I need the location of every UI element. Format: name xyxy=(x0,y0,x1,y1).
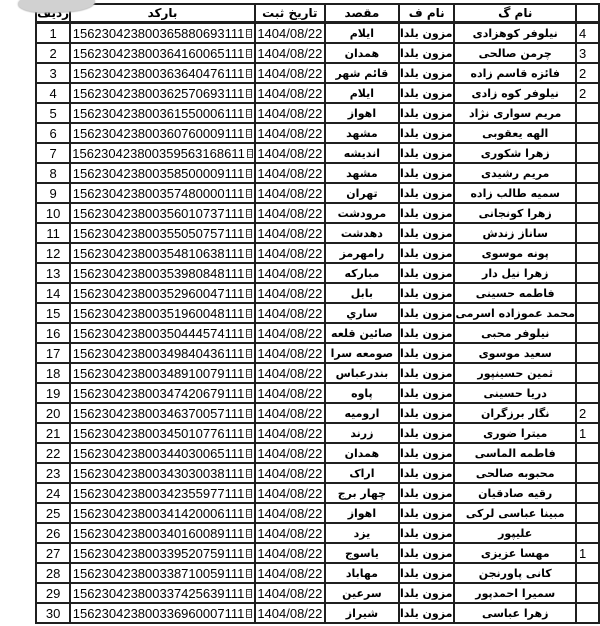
cell-name-f: مزون یلدا xyxy=(399,383,454,403)
cell-row-number: 26 xyxy=(36,523,70,543)
cell-clipped: 4 xyxy=(576,23,599,44)
cell-clipped xyxy=(576,123,599,143)
cell-barcode: 156230423800357480000111 xyxy=(70,183,255,203)
cell-row-number: 2 xyxy=(36,43,70,63)
barcode-digits: 156230423800345010776111 xyxy=(73,426,245,441)
table-row: 5 156230423800361550006111 1404/08/22 اه… xyxy=(36,103,599,123)
table-row: 24 156230423800342355977111 1404/08/22 چ… xyxy=(36,483,599,503)
cell-register-date: 1404/08/22 xyxy=(255,543,325,563)
cell-row-number: 16 xyxy=(36,323,70,343)
missing-glyph-box-icon xyxy=(246,609,252,618)
cell-destination: مهاباد xyxy=(325,563,399,583)
cell-name-f: مزون یلدا xyxy=(399,203,454,223)
cell-destination: بندرعباس xyxy=(325,363,399,383)
cell-name-f: مزون یلدا xyxy=(399,323,454,343)
barcode-digits: 156230423800344030065111 xyxy=(73,446,245,461)
cell-name-g: نگار برزگران xyxy=(454,403,576,423)
cell-barcode: 156230423800356010737111 xyxy=(70,203,255,223)
cell-name-f: مزون یلدا xyxy=(399,423,454,443)
cell-clipped: 2 xyxy=(576,63,599,83)
cell-destination: مبارکه xyxy=(325,263,399,283)
missing-glyph-box-icon xyxy=(246,589,252,598)
barcode-digits: 156230423800361550006111 xyxy=(73,106,245,121)
cell-destination: اراک xyxy=(325,463,399,483)
cell-barcode: 156230423800350444574111 xyxy=(70,323,255,343)
barcode-digits: 156230423800356010737111 xyxy=(73,206,245,221)
cell-clipped xyxy=(576,263,599,283)
table-row: 18 156230423800348910079111 1404/08/22 ب… xyxy=(36,363,599,383)
cell-barcode: 156230423800361550006111 xyxy=(70,103,255,123)
table-row: 28 156230423800338710059111 1404/08/22 م… xyxy=(36,563,599,583)
missing-glyph-box-icon xyxy=(246,209,252,218)
cell-clipped: 2 xyxy=(576,83,599,103)
table-row: 8 156230423800358500009111 1404/08/22 مش… xyxy=(36,163,599,183)
cell-row-number: 23 xyxy=(36,463,70,483)
cell-row-number: 8 xyxy=(36,163,70,183)
cell-destination: شیراز xyxy=(325,603,399,623)
cell-name-f: مزون یلدا xyxy=(399,583,454,603)
barcode-digits: 156230423800347420679111 xyxy=(73,386,245,401)
cell-row-number: 15 xyxy=(36,303,70,323)
missing-glyph-box-icon xyxy=(246,269,252,278)
cell-barcode: 156230423800347420679111 xyxy=(70,383,255,403)
cell-destination: همدان xyxy=(325,43,399,63)
barcode-digits: 156230423800354810638111 xyxy=(73,246,245,261)
cell-name-f: مزون یلدا xyxy=(399,243,454,263)
cell-register-date: 1404/08/22 xyxy=(255,603,325,623)
cell-name-g: سمیه طالب زاده xyxy=(454,183,576,203)
cell-barcode: 156230423800349840436111 xyxy=(70,343,255,363)
cell-barcode: 156230423800365880693111 xyxy=(70,23,255,44)
missing-glyph-box-icon xyxy=(246,389,252,398)
cell-barcode: 156230423800352960047111 xyxy=(70,283,255,303)
cell-name-f: مزون یلدا xyxy=(399,183,454,203)
cell-name-f: مزون یلدا xyxy=(399,283,454,303)
cell-name-f: مزون یلدا xyxy=(399,43,454,63)
cell-register-date: 1404/08/22 xyxy=(255,363,325,383)
cell-name-g: پونه موسوی xyxy=(454,243,576,263)
col-header-destination: مقصد xyxy=(325,4,399,23)
cell-name-g: کانی پاورنجن xyxy=(454,563,576,583)
cell-clipped xyxy=(576,483,599,503)
cell-name-f: مزون یلدا xyxy=(399,363,454,383)
cell-clipped: 1 xyxy=(576,543,599,563)
cell-name-f: مزون یلدا xyxy=(399,523,454,543)
cell-destination: همدان xyxy=(325,443,399,463)
cell-barcode: 156230423800364160065111 xyxy=(70,43,255,63)
table-row: 3 156230423800363640476111 1404/08/22 قا… xyxy=(36,63,599,83)
cell-name-f: مزون یلدا xyxy=(399,503,454,523)
cell-destination: پاوه xyxy=(325,383,399,403)
cell-name-f: مزون یلدا xyxy=(399,543,454,563)
cell-destination: تهران xyxy=(325,183,399,203)
cell-row-number: 30 xyxy=(36,603,70,623)
cell-name-g: زهرا شکوری xyxy=(454,143,576,163)
missing-glyph-box-icon xyxy=(246,409,252,418)
cell-barcode: 156230423800354810638111 xyxy=(70,243,255,263)
col-header-clipped xyxy=(576,4,599,23)
cell-clipped xyxy=(576,603,599,623)
table-row: 30 156230423800336960007111 1404/08/22 ش… xyxy=(36,603,599,623)
table-row: 19 156230423800347420679111 1404/08/22 پ… xyxy=(36,383,599,403)
cell-register-date: 1404/08/22 xyxy=(255,203,325,223)
cell-destination: صومعه سرا xyxy=(325,343,399,363)
cell-clipped xyxy=(576,243,599,263)
barcode-digits: 156230423800352960047111 xyxy=(73,286,245,301)
cell-register-date: 1404/08/22 xyxy=(255,103,325,123)
table-row: 7 156230423800359563168611 1404/08/22 ان… xyxy=(36,143,599,163)
cell-row-number: 6 xyxy=(36,123,70,143)
cell-clipped xyxy=(576,463,599,483)
cell-barcode: 156230423800344030065111 xyxy=(70,443,255,463)
cell-name-f: مزون یلدا xyxy=(399,143,454,163)
cell-name-f: مزون یلدا xyxy=(399,483,454,503)
missing-glyph-box-icon xyxy=(246,449,252,458)
barcode-digits: 156230423800362570693111 xyxy=(73,86,245,101)
cell-name-f: مزون یلدا xyxy=(399,443,454,463)
cell-register-date: 1404/08/22 xyxy=(255,343,325,363)
cell-name-g: فاطمه حسینی xyxy=(454,283,576,303)
barcode-digits: 156230423800365880693111 xyxy=(73,26,245,41)
cell-name-g: زهرا عباسی xyxy=(454,603,576,623)
cell-destination: اهواز xyxy=(325,503,399,523)
barcode-digits: 156230423800337425639111 xyxy=(73,586,245,601)
table-row: 10 156230423800356010737111 1404/08/22 م… xyxy=(36,203,599,223)
cell-register-date: 1404/08/22 xyxy=(255,563,325,583)
cell-register-date: 1404/08/22 xyxy=(255,263,325,283)
cell-barcode: 156230423800363640476111 xyxy=(70,63,255,83)
cell-clipped xyxy=(576,143,599,163)
missing-glyph-box-icon xyxy=(246,49,252,58)
missing-glyph-box-icon xyxy=(246,129,252,138)
cell-name-g: نیلوفر محبی xyxy=(454,323,576,343)
table-row: 27 156230423800339520759111 1404/08/22 ی… xyxy=(36,543,599,563)
cell-row-number: 22 xyxy=(36,443,70,463)
cell-row-number: 9 xyxy=(36,183,70,203)
barcode-digits: 156230423800338710059111 xyxy=(73,566,245,581)
cell-name-g: سعید موسوی xyxy=(454,343,576,363)
cell-name-f: مزون یلدا xyxy=(399,343,454,363)
cell-barcode: 156230423800359563168611 xyxy=(70,143,255,163)
cell-clipped: 3 xyxy=(576,43,599,63)
table-row: 25 156230423800341420006111 1404/08/22 ا… xyxy=(36,503,599,523)
cell-clipped xyxy=(576,183,599,203)
cell-register-date: 1404/08/22 xyxy=(255,423,325,443)
barcode-digits: 156230423800346370057111 xyxy=(73,406,245,421)
cell-register-date: 1404/08/22 xyxy=(255,503,325,523)
missing-glyph-box-icon xyxy=(246,429,252,438)
cell-row-number: 19 xyxy=(36,383,70,403)
table-row: 13 156230423800353980848111 1404/08/22 م… xyxy=(36,263,599,283)
missing-glyph-box-icon xyxy=(247,149,253,158)
cell-name-f: مزون یلدا xyxy=(399,23,454,44)
cell-name-g: مهسا عزیزی xyxy=(454,543,576,563)
cell-row-number: 14 xyxy=(36,283,70,303)
cell-destination: مرودشت xyxy=(325,203,399,223)
cell-name-f: مزون یلدا xyxy=(399,403,454,423)
cell-row-number: 21 xyxy=(36,423,70,443)
cell-row-number: 11 xyxy=(36,223,70,243)
cell-register-date: 1404/08/22 xyxy=(255,583,325,603)
cell-row-number: 29 xyxy=(36,583,70,603)
cell-name-f: مزون یلدا xyxy=(399,463,454,483)
barcode-digits: 156230423800343030038111 xyxy=(73,466,245,481)
cell-name-g: فائزه قاسم زاده xyxy=(454,63,576,83)
missing-glyph-box-icon xyxy=(246,489,252,498)
cell-register-date: 1404/08/22 xyxy=(255,23,325,44)
barcode-digits: 156230423800353980848111 xyxy=(73,266,245,281)
cell-clipped xyxy=(576,203,599,223)
table-row: 26 156230423800340160089111 1404/08/22 ی… xyxy=(36,523,599,543)
cell-name-g: علیپور xyxy=(454,523,576,543)
missing-glyph-box-icon xyxy=(246,249,252,258)
cell-name-g: دریا حسینی xyxy=(454,383,576,403)
cell-name-g: محبوبه صالحی xyxy=(454,463,576,483)
cell-barcode: 156230423800355050757111 xyxy=(70,223,255,243)
cell-row-number: 18 xyxy=(36,363,70,383)
cell-destination: اهواز xyxy=(325,103,399,123)
cell-name-f: مزون یلدا xyxy=(399,83,454,103)
cell-name-g: مبینا عباسی لرکی xyxy=(454,503,576,523)
cell-barcode: 156230423800360760009111 xyxy=(70,123,255,143)
cell-clipped xyxy=(576,323,599,343)
cell-name-g: ثمین حسینپور xyxy=(454,363,576,383)
cell-clipped xyxy=(576,443,599,463)
cell-row-number: 13 xyxy=(36,263,70,283)
barcode-digits: 156230423800341420006111 xyxy=(73,506,245,521)
cell-clipped xyxy=(576,563,599,583)
cell-barcode: 156230423800342355977111 xyxy=(70,483,255,503)
cell-destination: قائم شهر xyxy=(325,63,399,83)
barcode-digits: 156230423800349840436111 xyxy=(73,346,245,361)
cell-row-number: 27 xyxy=(36,543,70,563)
cell-row-number: 4 xyxy=(36,83,70,103)
report-page: ردیف بارکد تاریخ ثبت مقصد نام ف نام گ 1 … xyxy=(0,0,600,626)
cell-register-date: 1404/08/22 xyxy=(255,183,325,203)
cell-name-g: سمیرا احمدپور xyxy=(454,583,576,603)
cell-barcode: 156230423800362570693111 xyxy=(70,83,255,103)
cell-name-g: الهه یعقوبی xyxy=(454,123,576,143)
cell-register-date: 1404/08/22 xyxy=(255,463,325,483)
cell-destination: ایلام xyxy=(325,83,399,103)
cell-name-g: نیلوفر کوه زادی xyxy=(454,83,576,103)
cell-clipped xyxy=(576,223,599,243)
cell-name-f: مزون یلدا xyxy=(399,103,454,123)
cell-register-date: 1404/08/22 xyxy=(255,123,325,143)
missing-glyph-box-icon xyxy=(246,289,252,298)
cell-name-g: زهرا نیل دار xyxy=(454,263,576,283)
cell-destination: ایلام xyxy=(325,23,399,44)
cell-clipped xyxy=(576,343,599,363)
cell-row-number: 12 xyxy=(36,243,70,263)
cell-row-number: 5 xyxy=(36,103,70,123)
table-row: 9 156230423800357480000111 1404/08/22 ته… xyxy=(36,183,599,203)
cell-clipped xyxy=(576,163,599,183)
barcode-digits: 156230423800357480000111 xyxy=(73,186,245,201)
col-header-name-f: نام ف xyxy=(399,4,454,23)
cell-destination: صائین قلعه xyxy=(325,323,399,343)
cell-row-number: 3 xyxy=(36,63,70,83)
missing-glyph-box-icon xyxy=(246,109,252,118)
table-row: 11 156230423800355050757111 1404/08/22 د… xyxy=(36,223,599,243)
barcode-digits: 156230423800364160065111 xyxy=(73,46,245,61)
missing-glyph-box-icon xyxy=(246,189,252,198)
cell-row-number: 7 xyxy=(36,143,70,163)
cell-row-number: 20 xyxy=(36,403,70,423)
cell-name-g: ساناز زندش xyxy=(454,223,576,243)
missing-glyph-box-icon xyxy=(246,329,252,338)
table-row: 2 156230423800364160065111 1404/08/22 هم… xyxy=(36,43,599,63)
table-row: 6 156230423800360760009111 1404/08/22 مش… xyxy=(36,123,599,143)
cell-name-f: مزون یلدا xyxy=(399,223,454,243)
cell-row-number: 10 xyxy=(36,203,70,223)
cell-barcode: 156230423800358500009111 xyxy=(70,163,255,183)
missing-glyph-box-icon xyxy=(246,509,252,518)
header-row: ردیف بارکد تاریخ ثبت مقصد نام ف نام گ xyxy=(36,4,599,23)
cell-register-date: 1404/08/22 xyxy=(255,323,325,343)
cell-name-g: مریم سواری نژاد xyxy=(454,103,576,123)
cell-name-f: مزون یلدا xyxy=(399,303,454,323)
cell-destination: مشهد xyxy=(325,163,399,183)
cell-register-date: 1404/08/22 xyxy=(255,443,325,463)
cell-clipped: 1 xyxy=(576,423,599,443)
cell-name-f: مزون یلدا xyxy=(399,63,454,83)
cell-name-f: مزون یلدا xyxy=(399,123,454,143)
missing-glyph-box-icon xyxy=(246,349,252,358)
cell-name-f: مزون یلدا xyxy=(399,603,454,623)
missing-glyph-box-icon xyxy=(246,369,252,378)
cell-destination: یاسوج xyxy=(325,543,399,563)
barcode-digits: 156230423800363640476111 xyxy=(73,66,245,81)
cell-barcode: 156230423800348910079111 xyxy=(70,363,255,383)
missing-glyph-box-icon xyxy=(246,169,252,178)
barcode-digits: 156230423800336960007111 xyxy=(73,606,245,621)
col-header-name-g: نام گ xyxy=(454,4,576,23)
cell-register-date: 1404/08/22 xyxy=(255,63,325,83)
cell-register-date: 1404/08/22 xyxy=(255,403,325,423)
missing-glyph-box-icon xyxy=(246,69,252,78)
cell-barcode: 156230423800339520759111 xyxy=(70,543,255,563)
barcode-digits: 156230423800359563168611 xyxy=(72,146,245,161)
missing-glyph-box-icon xyxy=(246,229,252,238)
cell-row-number: 24 xyxy=(36,483,70,503)
cell-barcode: 156230423800337425639111 xyxy=(70,583,255,603)
table-row: 16 156230423800350444574111 1404/08/22 ص… xyxy=(36,323,599,343)
cell-clipped xyxy=(576,363,599,383)
cell-row-number: 28 xyxy=(36,563,70,583)
cell-name-g: محمد عموزاده اسرمی xyxy=(454,303,576,323)
missing-glyph-box-icon xyxy=(246,549,252,558)
cell-name-f: مزون یلدا xyxy=(399,163,454,183)
cell-row-number: 1 xyxy=(36,23,70,44)
barcode-digits: 156230423800351960048111 xyxy=(73,306,245,321)
table-row: 17 156230423800349840436111 1404/08/22 ص… xyxy=(36,343,599,363)
cell-name-g: رقیه صادقیان xyxy=(454,483,576,503)
barcode-digits: 156230423800348910079111 xyxy=(73,366,245,381)
cell-register-date: 1404/08/22 xyxy=(255,483,325,503)
cell-destination: دهدشت xyxy=(325,223,399,243)
cell-name-f: مزون یلدا xyxy=(399,563,454,583)
cell-register-date: 1404/08/22 xyxy=(255,163,325,183)
missing-glyph-box-icon xyxy=(246,469,252,478)
cell-barcode: 156230423800345010776111 xyxy=(70,423,255,443)
cell-destination: چهار برج xyxy=(325,483,399,503)
missing-glyph-box-icon xyxy=(246,569,252,578)
cell-destination: ساري xyxy=(325,303,399,323)
col-header-barcode: بارکد xyxy=(70,4,255,23)
cell-register-date: 1404/08/22 xyxy=(255,243,325,263)
cell-destination: ارومیه xyxy=(325,403,399,423)
cell-register-date: 1404/08/22 xyxy=(255,83,325,103)
cell-register-date: 1404/08/22 xyxy=(255,303,325,323)
barcode-digits: 156230423800360760009111 xyxy=(73,126,245,141)
missing-glyph-box-icon xyxy=(246,309,252,318)
cell-destination: مشهد xyxy=(325,123,399,143)
cell-register-date: 1404/08/22 xyxy=(255,283,325,303)
barcode-digits: 156230423800355050757111 xyxy=(73,226,245,241)
cell-name-g: چرمن صالحی xyxy=(454,43,576,63)
shipments-table: ردیف بارکد تاریخ ثبت مقصد نام ف نام گ 1 … xyxy=(35,3,600,624)
cell-destination: زرند xyxy=(325,423,399,443)
barcode-digits: 156230423800339520759111 xyxy=(73,546,245,561)
cell-barcode: 156230423800340160089111 xyxy=(70,523,255,543)
cell-clipped xyxy=(576,503,599,523)
table-row: 20 156230423800346370057111 1404/08/22 ا… xyxy=(36,403,599,423)
table-row: 23 156230423800343030038111 1404/08/22 ا… xyxy=(36,463,599,483)
cell-destination: رامهرمز xyxy=(325,243,399,263)
cell-clipped xyxy=(576,523,599,543)
cell-destination: سرعین xyxy=(325,583,399,603)
cell-barcode: 156230423800341420006111 xyxy=(70,503,255,523)
barcode-digits: 156230423800358500009111 xyxy=(73,166,245,181)
table-row: 21 156230423800345010776111 1404/08/22 ز… xyxy=(36,423,599,443)
cell-clipped xyxy=(576,383,599,403)
cell-register-date: 1404/08/22 xyxy=(255,223,325,243)
table-row: 29 156230423800337425639111 1404/08/22 س… xyxy=(36,583,599,603)
cell-clipped: 2 xyxy=(576,403,599,423)
barcode-digits: 156230423800350444574111 xyxy=(73,326,245,341)
cell-barcode: 156230423800336960007111 xyxy=(70,603,255,623)
table-row: 4 156230423800362570693111 1404/08/22 ای… xyxy=(36,83,599,103)
cell-register-date: 1404/08/22 xyxy=(255,143,325,163)
cell-name-g: زهرا کونجانی xyxy=(454,203,576,223)
cell-clipped xyxy=(576,583,599,603)
cell-barcode: 156230423800343030038111 xyxy=(70,463,255,483)
cell-clipped xyxy=(576,103,599,123)
cell-destination: اندیشه xyxy=(325,143,399,163)
cell-barcode: 156230423800338710059111 xyxy=(70,563,255,583)
cell-name-g: میترا ضوری xyxy=(454,423,576,443)
cell-clipped xyxy=(576,303,599,323)
missing-glyph-box-icon xyxy=(246,529,252,538)
table-row: 1 156230423800365880693111 1404/08/22 ای… xyxy=(36,23,599,44)
cell-register-date: 1404/08/22 xyxy=(255,43,325,63)
cell-barcode: 156230423800351960048111 xyxy=(70,303,255,323)
cell-barcode: 156230423800346370057111 xyxy=(70,403,255,423)
cell-barcode: 156230423800353980848111 xyxy=(70,263,255,283)
cell-row-number: 17 xyxy=(36,343,70,363)
table-row: 22 156230423800344030065111 1404/08/22 ه… xyxy=(36,443,599,463)
missing-glyph-box-icon xyxy=(246,29,252,38)
table-row: 15 156230423800351960048111 1404/08/22 س… xyxy=(36,303,599,323)
cell-name-g: نیلوفر کوهزادی xyxy=(454,23,576,44)
missing-glyph-box-icon xyxy=(246,89,252,98)
cell-name-g: فاطمه الماسی xyxy=(454,443,576,463)
cell-destination: بابل xyxy=(325,283,399,303)
barcode-digits: 156230423800342355977111 xyxy=(73,486,245,501)
col-header-register-date: تاریخ ثبت xyxy=(255,4,325,23)
cell-row-number: 25 xyxy=(36,503,70,523)
